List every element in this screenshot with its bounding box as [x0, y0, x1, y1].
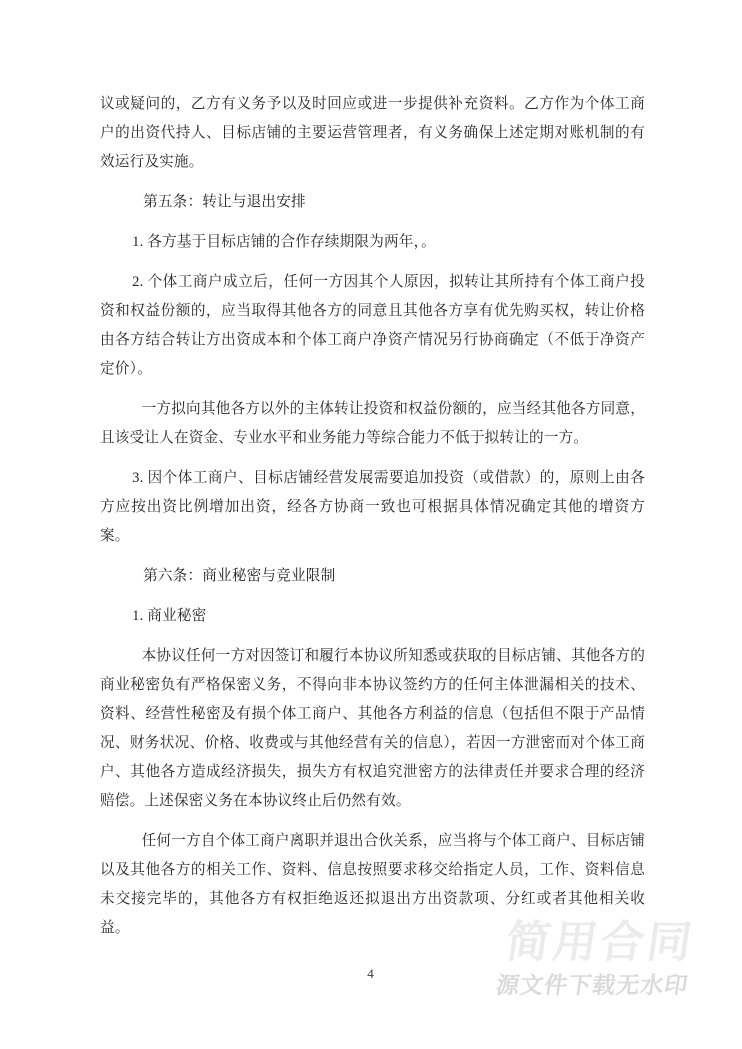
contract-paragraph: 任何一方自个体工商户离职并退出合伙关系，应当将与个体工商户、目标店铺以及其他各方…	[100, 827, 645, 943]
article-heading-5: 第五条：转让与退出安排	[100, 188, 645, 217]
page-number: 4	[0, 966, 742, 982]
contract-paragraph: 本协议任何一方对因签订和履行本协议所知悉或获取的目标店铺、其他各方的商业秘密负有…	[100, 642, 645, 816]
article-heading-6: 第六条：商业秘密与竞业限制	[100, 562, 645, 591]
contract-paragraph-continued: 议或疑问的，乙方有义务予以及时回应或进一步提供补充资料。乙方作为个体工商户的出资…	[100, 90, 645, 177]
document-page: 议或疑问的，乙方有义务予以及时回应或进一步提供补充资料。乙方作为个体工商户的出资…	[0, 0, 742, 1049]
contract-paragraph: 一方拟向其他各方以外的主体转让投资和权益份额的，应当经其他各方同意，且该受让人在…	[100, 395, 645, 453]
clause-item-2: 2. 个体工商户成立后，任何一方因其个人原因，拟转让其所持有个体工商户投资和权益…	[100, 268, 645, 384]
clause-item-1: 1. 各方基于目标店铺的合作存续期限为两年，。	[100, 228, 645, 257]
contract-body: 议或疑问的，乙方有义务予以及时回应或进一步提供补充资料。乙方作为个体工商户的出资…	[100, 90, 645, 954]
clause-item-trade-secret: 1. 商业秘密	[100, 602, 645, 631]
clause-item-3: 3. 因个体工商户、目标店铺经营发展需要追加投资（或借款）的，原则上由各方应按出…	[100, 464, 645, 551]
